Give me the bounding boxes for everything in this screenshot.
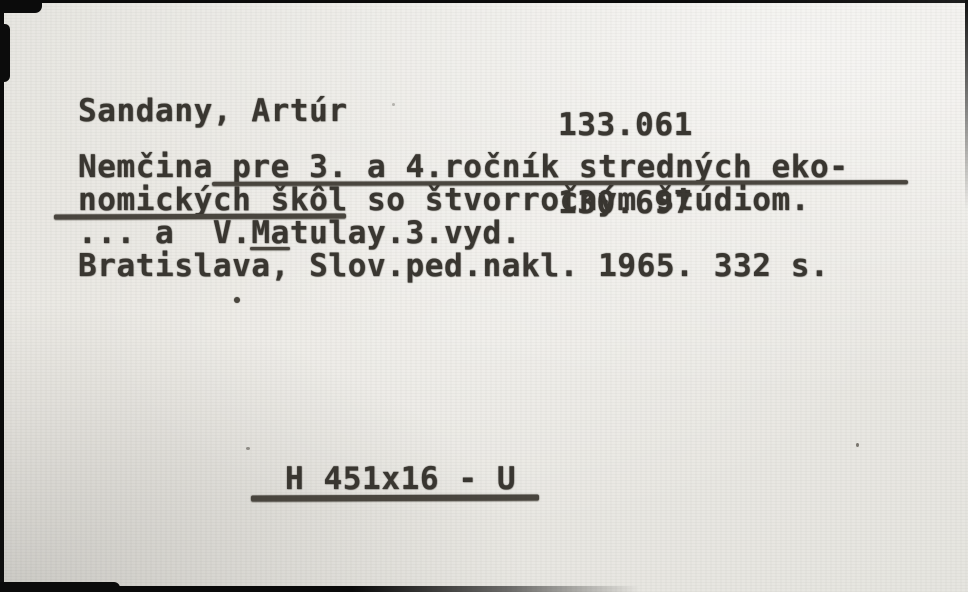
ink-speck (246, 447, 250, 450)
ink-speck (392, 103, 395, 106)
title-line-2: nomických škôl so štvorročným štúdiom. (78, 184, 810, 217)
call-number-1: 133.061 (558, 112, 693, 138)
scan-edge-left-blob (0, 24, 10, 82)
imprint-line: Bratislava, Slov.ped.nakl. 1965. 332 s. (78, 250, 829, 283)
catalog-card-scan: Sandany, Artúr 133.061 130.697 Nemčina p… (0, 0, 968, 592)
scan-edge-bottom (0, 586, 640, 592)
scan-edge-top (0, 0, 968, 3)
scan-edge-top-corner (0, 0, 42, 13)
shelf-mark: H 451x16 - U (285, 463, 516, 496)
scan-edge-bottom-corner (0, 582, 120, 592)
editor-line: ... a V.Matulay.3.vyd. (78, 217, 521, 250)
title-line-1: Nemčina pre 3. a 4.ročník stredných eko- (78, 151, 849, 184)
ink-speck (234, 297, 240, 303)
scan-edge-left (0, 0, 4, 592)
underline-matulay (250, 247, 290, 250)
author-name: Sandany, Artúr (78, 95, 348, 128)
paper-grain-overlay (0, 0, 968, 592)
underline-shelf-mark (251, 494, 539, 501)
underline-title-line-2 (54, 213, 346, 219)
ink-speck (856, 443, 859, 447)
